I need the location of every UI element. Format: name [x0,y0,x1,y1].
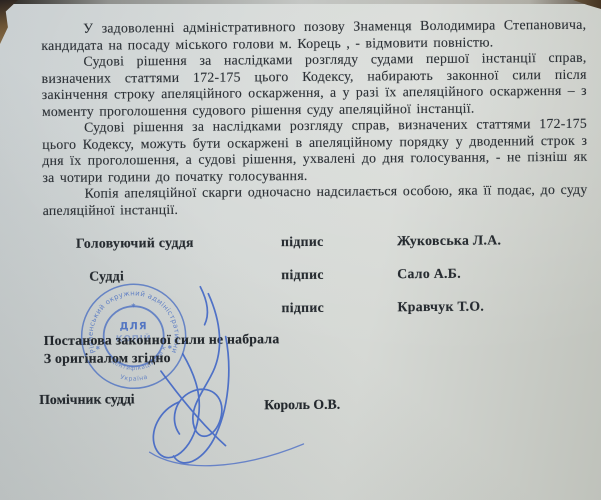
paragraph-appeal-copy: Копія апеляційної скарги одночасно надси… [42,182,587,219]
judge-name: Жуковська Л.А. [397,232,501,249]
paragraph-decision: У задоволенні адміністративного позову З… [41,17,586,54]
judge-name: Кравчук Т.О. [397,299,484,316]
judge-role-label: Головуючий суддя [76,235,194,252]
paper-sheet: У задоволенні адміністративного позову З… [0,0,601,500]
judge-name: Сало А.Б. [397,266,461,283]
photo-top-edge-shadow [0,0,601,4]
signature-placeholder-label: підпис [281,234,324,250]
paragraph-appeal-term: Судові рішення за наслідками розгляду сп… [42,116,588,186]
signature-row-presiding-judge: Головуючий суддя підпис Жуковська Л.А. [0,232,601,254]
assistant-role-label: Помічник судді [39,391,135,408]
paragraph-legal-force: Судові рішення за наслідками розгляду су… [41,50,587,120]
ruling-text: У задоволенні адміністративного позову З… [41,17,588,220]
document-page: У задоволенні адміністративного позову З… [0,0,601,500]
handwritten-signature [130,278,322,484]
